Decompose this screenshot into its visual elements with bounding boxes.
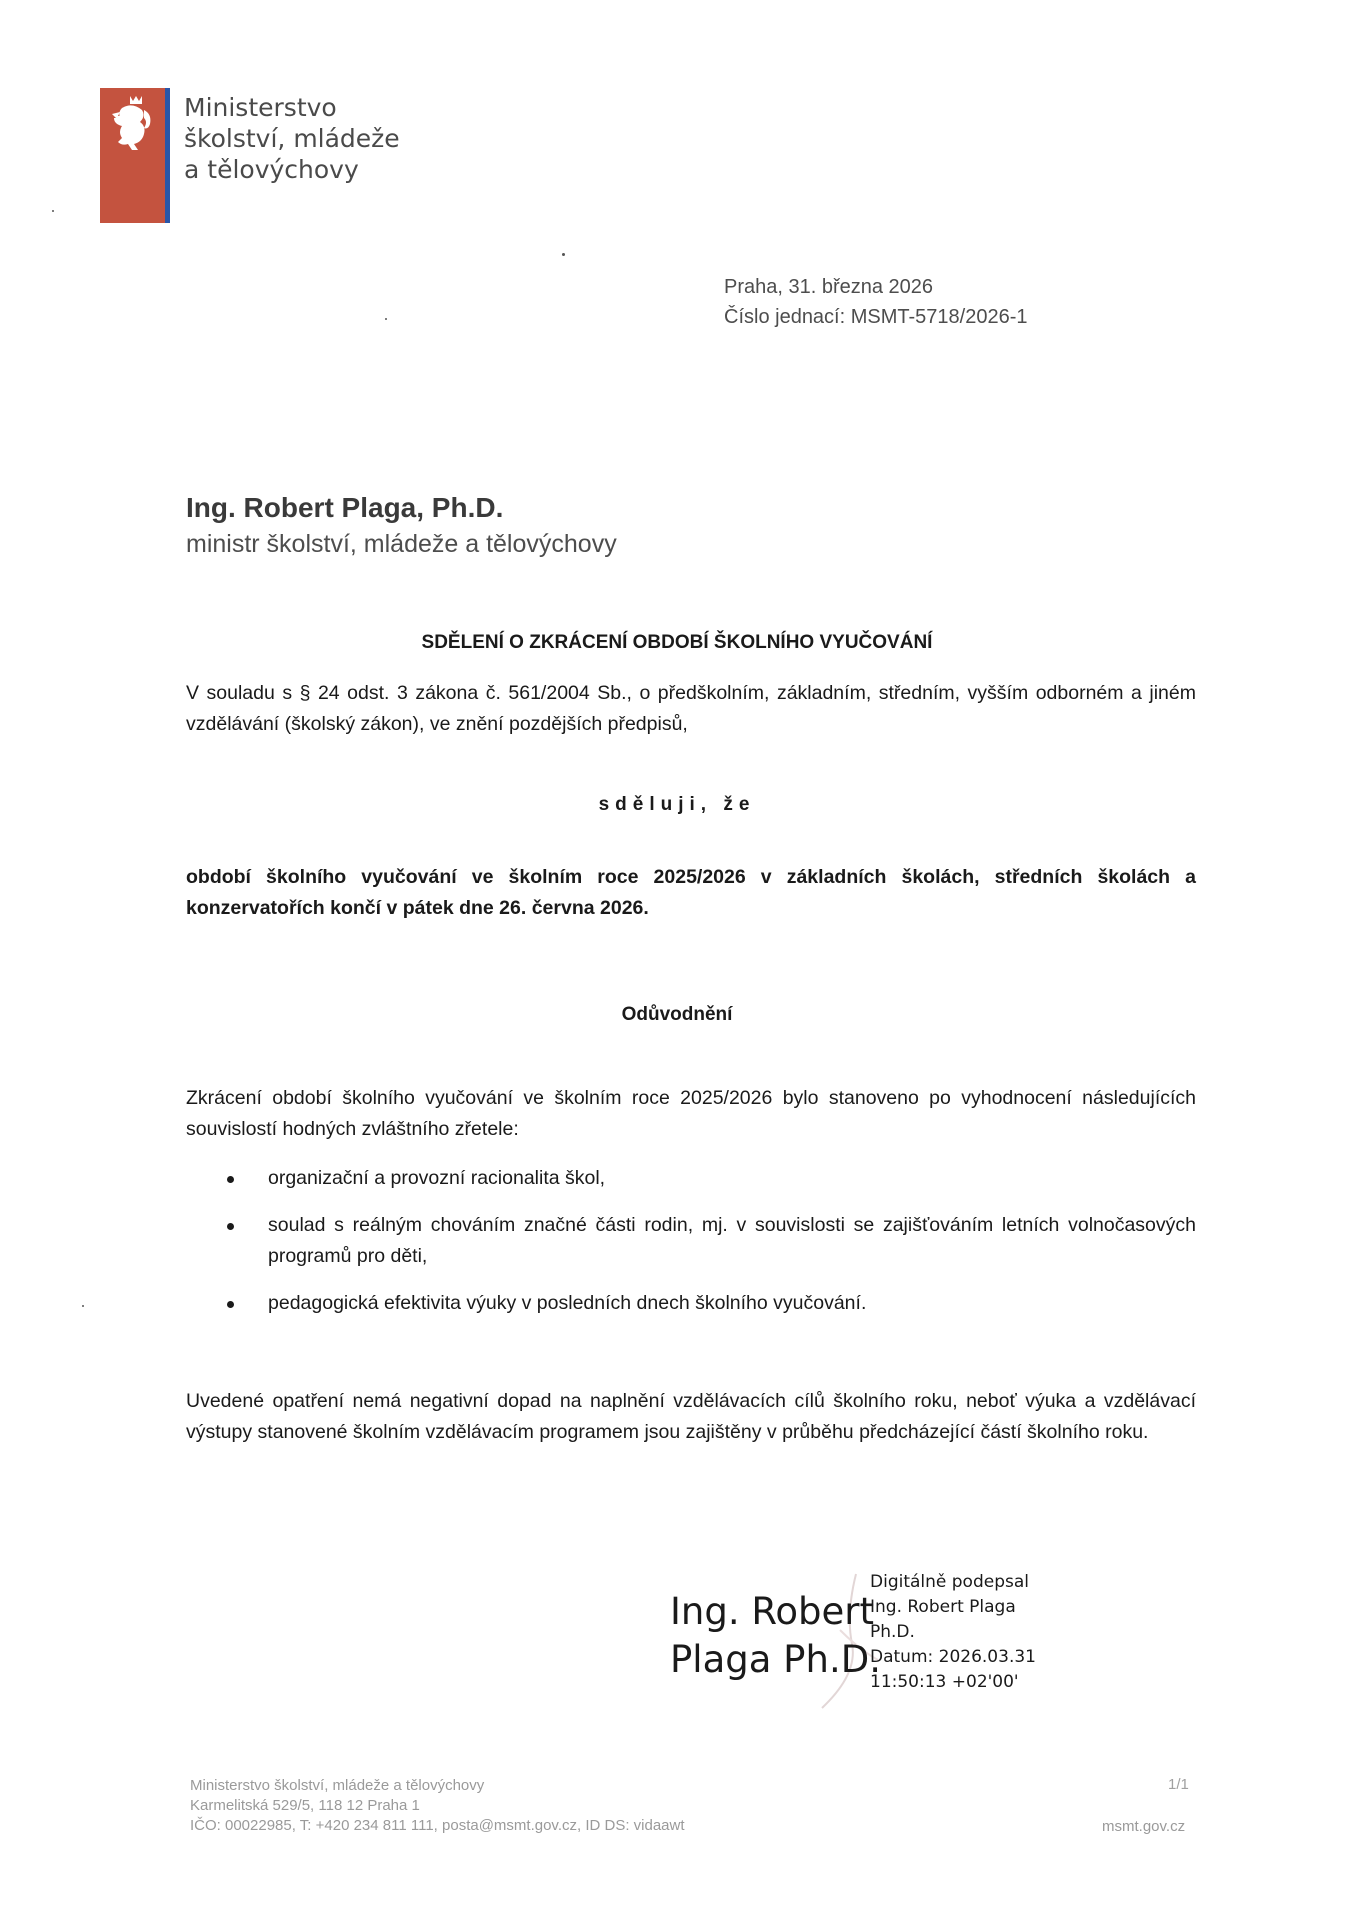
signature-detail: Ing. Robert Plaga	[870, 1595, 1036, 1620]
reasoning-intro: Zkrácení období školního vyučování ve šk…	[186, 1083, 1196, 1145]
declaration: sděluji, že	[0, 794, 1354, 816]
footer-address: Karmelitská 529/5, 118 12 Praha 1	[190, 1796, 685, 1816]
intro-paragraph: V souladu s § 24 odst. 3 zákona č. 561/2…	[186, 678, 1196, 740]
signature-detail: 11:50:13 +02'00'	[870, 1670, 1036, 1695]
reasoning-heading: Odůvodnění	[0, 1004, 1354, 1026]
footer-contact-line: IČO: 00022985, T: +420 234 811 111, post…	[190, 1816, 685, 1836]
page-number: 1/1	[1168, 1776, 1189, 1793]
decision-paragraph: období školního vyučování ve školním roc…	[186, 862, 1196, 924]
list-item: organizační a provozní racionalita škol,	[186, 1163, 1196, 1194]
place-date: Praha, 31. března 2026	[724, 272, 1028, 302]
czech-lion-icon	[108, 94, 158, 156]
signature-name: Ing. Robert Plaga Ph.D.	[670, 1588, 881, 1684]
document-meta: Praha, 31. března 2026 Číslo jednací: MS…	[724, 272, 1028, 332]
author-role: ministr školství, mládeže a tělovýchovy	[186, 530, 617, 559]
bullet-icon	[227, 1176, 234, 1183]
author-name: Ing. Robert Plaga, Ph.D.	[186, 492, 503, 524]
footer-org: Ministerstvo školství, mládeže a tělovýc…	[190, 1776, 685, 1796]
logo-line-1: Ministerstvo	[184, 92, 400, 123]
scan-speck	[385, 318, 387, 320]
signature-detail: Digitálně podepsal	[870, 1570, 1036, 1595]
footer-website: msmt.gov.cz	[1102, 1818, 1185, 1835]
logo-line-3: a tělovýchovy	[184, 154, 400, 185]
reason-text: pedagogická efektivita výuky v posledníc…	[268, 1292, 866, 1314]
reason-text: soulad s reálným chováním značné části r…	[268, 1214, 1196, 1267]
signature-detail: Ph.D.	[870, 1620, 1036, 1645]
ministry-logo-text: Ministerstvo školství, mládeže a tělovýc…	[184, 92, 400, 185]
list-item: pedagogická efektivita výuky v posledníc…	[186, 1288, 1196, 1319]
footer-contact: Ministerstvo školství, mládeže a tělovýc…	[190, 1776, 685, 1836]
scan-speck	[82, 1305, 84, 1307]
document-title: SDĚLENÍ O ZKRÁCENÍ OBDOBÍ ŠKOLNÍHO VYUČO…	[0, 632, 1354, 654]
reason-text: organizační a provozní racionalita škol,	[268, 1167, 605, 1189]
reference-number: Číslo jednací: MSMT-5718/2026-1	[724, 302, 1028, 332]
signature-line-2: Plaga Ph.D.	[670, 1636, 881, 1684]
logo-line-2: školství, mládeže	[184, 123, 400, 154]
reasons-list: organizační a provozní racionalita škol,…	[186, 1163, 1196, 1335]
signature-line-1: Ing. Robert	[670, 1588, 881, 1636]
digital-signature-details: Digitálně podepsal Ing. Robert Plaga Ph.…	[870, 1570, 1036, 1695]
outcome-paragraph: Uvedené opatření nemá negativní dopad na…	[186, 1386, 1196, 1448]
scan-speck	[52, 210, 54, 212]
signature-detail: Datum: 2026.03.31	[870, 1645, 1036, 1670]
list-item: soulad s reálným chováním značné části r…	[186, 1210, 1196, 1272]
bullet-icon	[227, 1223, 234, 1230]
ministry-logo-flag	[100, 88, 170, 223]
scan-speck	[562, 253, 565, 256]
bullet-icon	[227, 1301, 234, 1308]
